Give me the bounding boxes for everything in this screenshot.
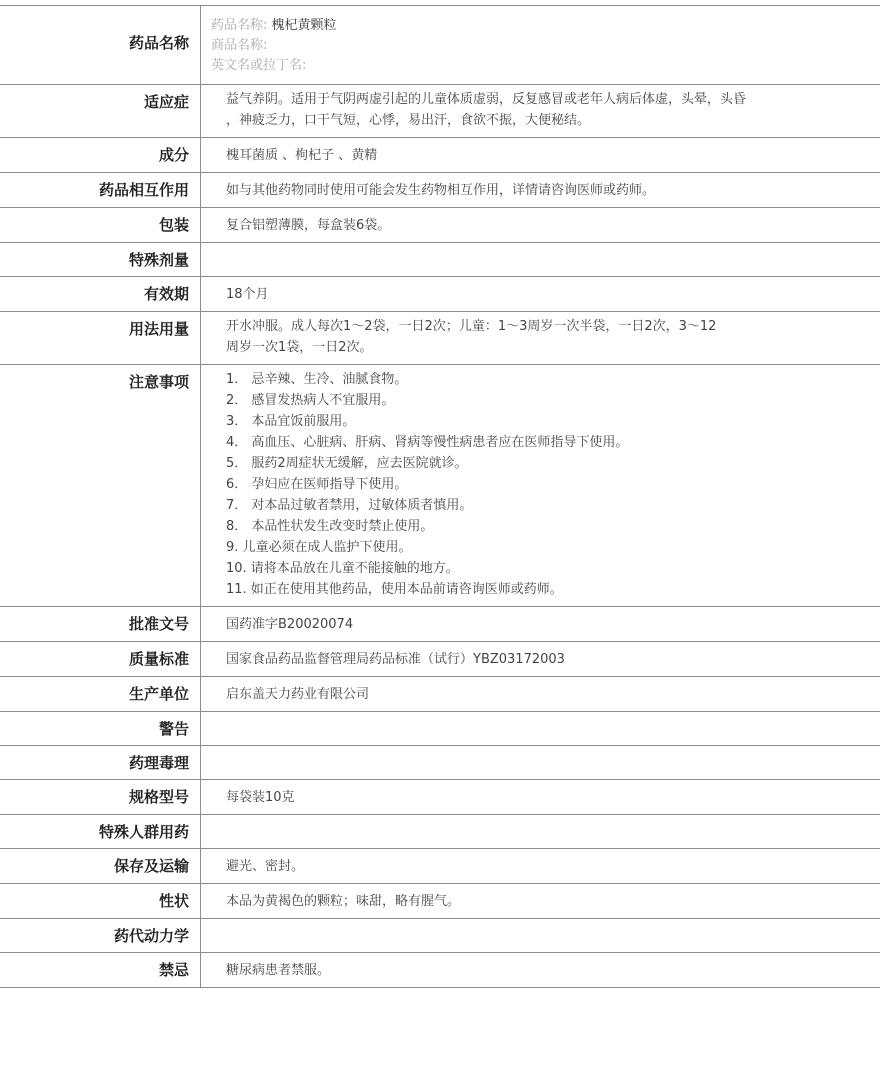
row-approval-number: 批准文号 国药准字B20020074 [0,607,880,642]
label-dosage: 用法用量 [0,312,201,365]
value-warning [201,712,880,746]
label-pharmacokinetics: 药代动力学 [0,919,201,953]
precaution-item: 7． 对本品过敏者禁用，过敏体质者慎用。 [226,495,880,516]
row-indications: 适应症 益气养阴。适用于气阴两虚引起的儿童体质虚弱，反复感冒或老年人病后体虚，头… [0,85,880,138]
label-quality-standard: 质量标准 [0,642,201,677]
generic-name-value: 槐杞黄颗粒 [272,18,337,33]
precaution-item: 1． 忌辛辣、生冷、油腻食物。 [226,369,880,390]
label-storage: 保存及运输 [0,849,201,884]
label-drug-name: 药品名称 [0,6,201,85]
label-indications: 适应症 [0,85,201,138]
row-drug-name: 药品名称 药品名称: 槐杞黄颗粒 商品名称: 英文名或拉丁名: [0,6,880,85]
row-specification: 规格型号 每袋装10克 [0,780,880,815]
label-manufacturer: 生产单位 [0,677,201,712]
precaution-item: 5． 服药2周症状无缓解，应去医院就诊。 [226,453,880,474]
value-dosage: 开水冲服。成人每次1～2袋，一日2次；儿童：1～3周岁一次半袋，一日2次，3～1… [201,312,880,365]
label-precautions: 注意事项 [0,365,201,607]
value-description: 本品为黄褐色的颗粒；味甜，略有腥气。 [201,884,880,919]
value-drug-name: 药品名称: 槐杞黄颗粒 商品名称: 英文名或拉丁名: [201,6,880,85]
row-description: 性状 本品为黄褐色的颗粒；味甜，略有腥气。 [0,884,880,919]
value-specification: 每袋装10克 [201,780,880,815]
generic-name-line: 药品名称: 槐杞黄颗粒 [211,16,880,36]
precaution-item: 2． 感冒发热病人不宜服用。 [226,390,880,411]
value-packaging: 复合铝塑薄膜，每盒装6袋。 [201,208,880,243]
value-interactions: 如与其他药物同时使用可能会发生药物相互作用，详情请咨询医师或药师。 [201,173,880,208]
label-specification: 规格型号 [0,780,201,815]
row-interactions: 药品相互作用 如与其他药物同时使用可能会发生药物相互作用，详情请咨询医师或药师。 [0,173,880,208]
row-warning: 警告 [0,712,880,746]
value-special-dosage [201,243,880,277]
trade-name-line: 商品名称: [211,36,880,56]
precaution-item: 4． 高血压、心脏病、肝病、肾病等慢性病患者应在医师指导下使用。 [226,432,880,453]
row-ingredients: 成分 槐耳菌质 、枸杞子 、黄精 [0,138,880,173]
label-warning: 警告 [0,712,201,746]
label-special-dosage: 特殊剂量 [0,243,201,277]
value-pharmacokinetics [201,919,880,953]
label-shelf-life: 有效期 [0,277,201,312]
precaution-item: 6． 孕妇应在医师指导下使用。 [226,474,880,495]
row-pharmacokinetics: 药代动力学 [0,919,880,953]
row-special-dosage: 特殊剂量 [0,243,880,277]
label-contraindications: 禁忌 [0,953,201,988]
value-approval-number: 国药准字B20020074 [201,607,880,642]
value-quality-standard: 国家食品药品监督管理局药品标准（试行）YBZ03172003 [201,642,880,677]
row-storage: 保存及运输 避光、密封。 [0,849,880,884]
row-precautions: 注意事项 1． 忌辛辣、生冷、油腻食物。 2． 感冒发热病人不宜服用。 3． 本… [0,365,880,607]
value-ingredients: 槐耳菌质 、枸杞子 、黄精 [201,138,880,173]
row-contraindications: 禁忌 糖尿病患者禁服。 [0,953,880,988]
row-shelf-life: 有效期 18个月 [0,277,880,312]
row-quality-standard: 质量标准 国家食品药品监督管理局药品标准（试行）YBZ03172003 [0,642,880,677]
value-indications: 益气养阴。适用于气阴两虚引起的儿童体质虚弱，反复感冒或老年人病后体虚，头晕，头昏… [201,85,880,138]
label-approval-number: 批准文号 [0,607,201,642]
precaution-item: 10. 请将本品放在儿童不能接触的地方。 [226,558,880,579]
value-shelf-life: 18个月 [201,277,880,312]
precaution-item: 3． 本品宜饭前服用。 [226,411,880,432]
row-packaging: 包装 复合铝塑薄膜，每盒装6袋。 [0,208,880,243]
value-manufacturer: 启东盖天力药业有限公司 [201,677,880,712]
row-manufacturer: 生产单位 启东盖天力药业有限公司 [0,677,880,712]
row-special-populations: 特殊人群用药 [0,815,880,849]
value-contraindications: 糖尿病患者禁服。 [201,953,880,988]
value-pharmacology [201,746,880,780]
label-special-populations: 特殊人群用药 [0,815,201,849]
value-precautions: 1． 忌辛辣、生冷、油腻食物。 2． 感冒发热病人不宜服用。 3． 本品宜饭前服… [201,365,880,607]
precaution-item: 11. 如正在使用其他药品，使用本品前请咨询医师或药师。 [226,579,880,600]
value-storage: 避光、密封。 [201,849,880,884]
row-dosage: 用法用量 开水冲服。成人每次1～2袋，一日2次；儿童：1～3周岁一次半袋，一日2… [0,312,880,365]
precaution-item: 9. 儿童必须在成人监护下使用。 [226,537,880,558]
precaution-item: 8． 本品性状发生改变时禁止使用。 [226,516,880,537]
label-interactions: 药品相互作用 [0,173,201,208]
english-name-line: 英文名或拉丁名: [211,56,880,76]
row-pharmacology: 药理毒理 [0,746,880,780]
label-pharmacology: 药理毒理 [0,746,201,780]
label-ingredients: 成分 [0,138,201,173]
label-description: 性状 [0,884,201,919]
value-special-populations [201,815,880,849]
drug-spec-table: 药品名称 药品名称: 槐杞黄颗粒 商品名称: 英文名或拉丁名: 适应症 益气养阴… [0,5,880,988]
label-packaging: 包装 [0,208,201,243]
